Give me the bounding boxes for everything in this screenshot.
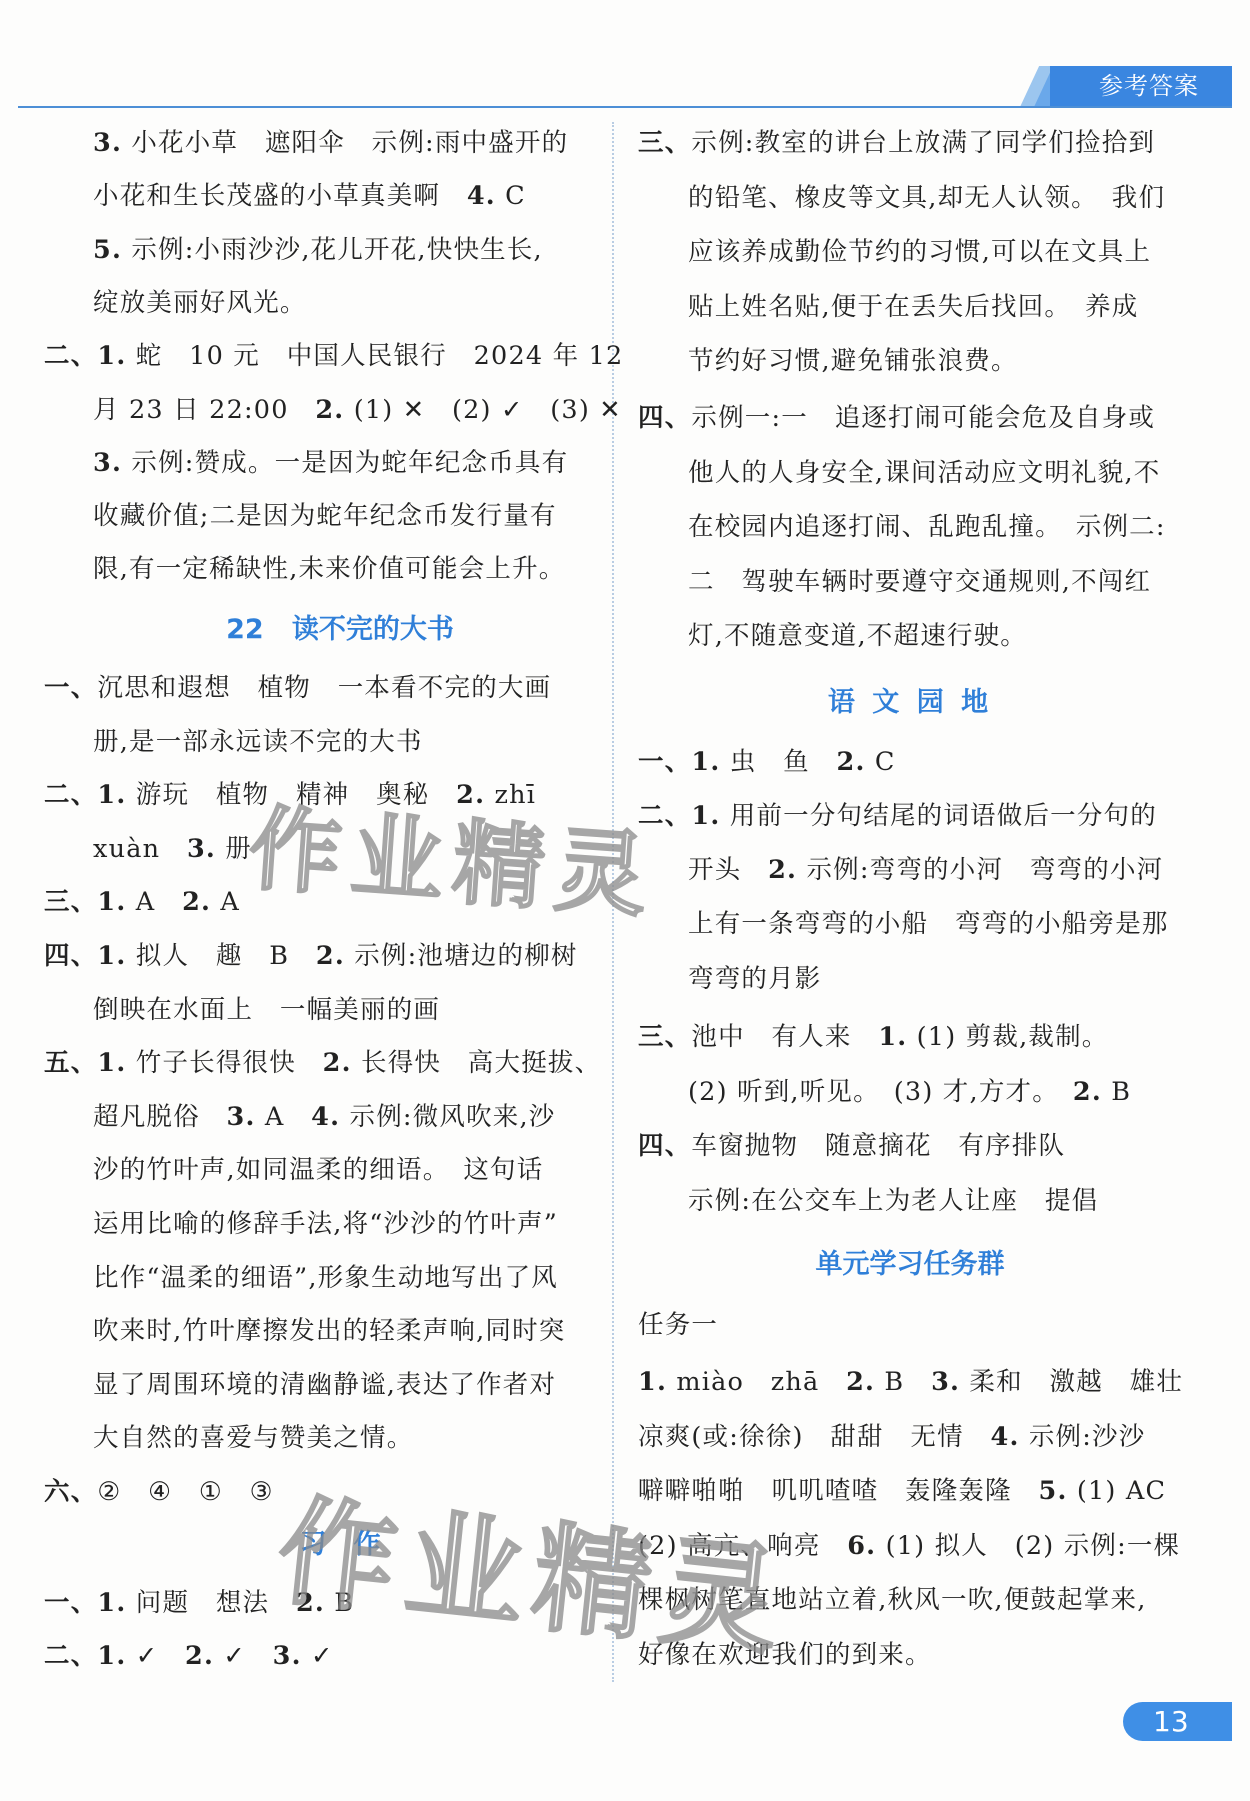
answer-text: 大自然的喜爱与赞美之情。 bbox=[93, 1423, 413, 1453]
answer-line: 1. miào zhā 2. B 3. 柔和 激越 雄壮 bbox=[638, 1367, 1183, 1397]
answer-text: 小花和生长茂盛的小草真美啊 bbox=[93, 181, 467, 211]
answer-text: 他人的人身安全,课间活动应文明礼貌,不 bbox=[688, 458, 1161, 488]
answer-text: A bbox=[256, 1102, 312, 1132]
answer-line: 五、1. 竹子长得很快 2. 长得快 高大挺拔、 bbox=[44, 1048, 601, 1078]
item-number: 1. bbox=[97, 941, 126, 971]
answer-text: B bbox=[875, 1367, 931, 1397]
item-number: 2. bbox=[1073, 1077, 1102, 1107]
item-number: 4. bbox=[991, 1422, 1020, 1452]
question-number: 一、 bbox=[44, 673, 97, 703]
answer-text: 用前一分句结尾的词语做后一分句的 bbox=[720, 801, 1157, 831]
answer-text: 示例:弯弯的小河 弯弯的小河 bbox=[797, 855, 1163, 885]
answer-line: 限,有一定稀缺性,未来价值可能会上升。 bbox=[93, 554, 566, 584]
answer-text: 开头 bbox=[688, 855, 768, 885]
answer-text: 册,是一部永远读不完的大书 bbox=[93, 727, 423, 757]
question-number: 三、 bbox=[638, 1022, 691, 1052]
answer-line: (2) 听到,听见。 (3) 才,方才。 2. B bbox=[688, 1077, 1131, 1107]
answer-text: 弯弯的月影 bbox=[688, 964, 822, 994]
answer-text: 虫 鱼 bbox=[720, 747, 836, 777]
answer-text: ✓ bbox=[126, 1641, 185, 1671]
answer-text: 月 23 日 22:00 bbox=[93, 395, 315, 425]
answer-line: 3. 小花小草 遮阳伞 示例:雨中盛开的 bbox=[93, 128, 568, 158]
item-number: 2. bbox=[315, 395, 344, 425]
item-number: 1. bbox=[691, 747, 720, 777]
answer-line: 运用比喻的修辞手法,将“沙沙的竹叶声” bbox=[93, 1209, 558, 1239]
item-number: 6. bbox=[847, 1531, 876, 1561]
answer-line: 月 23 日 22:00 2. (1) ✕ (2) ✓ (3) ✕ bbox=[93, 395, 622, 425]
item-number: 2. bbox=[456, 780, 485, 810]
answer-text: ✓ bbox=[302, 1641, 334, 1671]
answer-text: 示例:赞成。一是因为蛇年纪念币具有 bbox=[122, 448, 568, 478]
answer-text: 示例:小雨沙沙,花儿开花,快快生长, bbox=[122, 235, 543, 265]
item-number: 3. bbox=[93, 128, 122, 158]
answer-line: 三、池中 有人来 1. (1) 剪裁,裁制。 bbox=[638, 1022, 1108, 1052]
question-number: 二、 bbox=[44, 780, 97, 810]
answer-line: 应该养成勤俭节约的习惯,可以在文具上 bbox=[688, 237, 1151, 267]
answer-text: 比作“温柔的细语”,形象生动地写出了风 bbox=[93, 1263, 558, 1293]
answer-line: 二、1. 蛇 10 元 中国人民银行 2024 年 12 bbox=[44, 341, 623, 371]
item-number: 3. bbox=[93, 448, 122, 478]
answer-text: B bbox=[1102, 1077, 1131, 1107]
answer-text: miào zhā bbox=[667, 1367, 846, 1397]
item-number: 3. bbox=[273, 1641, 302, 1671]
answer-text: (1) 拟人 (2) 示例:一棵 bbox=[876, 1531, 1180, 1561]
item-number: 1. bbox=[97, 341, 126, 371]
question-number: 一、 bbox=[44, 1588, 97, 1618]
item-number: 3. bbox=[187, 834, 216, 864]
answer-text: A bbox=[211, 887, 240, 917]
answer-text: 吹来时,竹叶摩擦发出的轻柔声响,同时突 bbox=[93, 1316, 566, 1346]
section-title-xizuo: 习 作 bbox=[140, 1529, 540, 1561]
answer-text: 噼噼啪啪 叽叽喳喳 轰隆轰隆 bbox=[638, 1476, 1039, 1506]
answer-text: 绽放美丽好风光。 bbox=[93, 288, 307, 318]
question-number: 二、 bbox=[44, 1641, 97, 1671]
section-number: 22 bbox=[226, 614, 264, 645]
answer-line: 三、示例:教室的讲台上放满了同学们捡拾到 bbox=[638, 128, 1155, 158]
tab-label: 参考答案 bbox=[1078, 66, 1220, 107]
item-number: 4. bbox=[311, 1102, 340, 1132]
answer-text: 倒映在水面上 一幅美丽的画 bbox=[93, 995, 440, 1025]
answer-line: 示例:在公交车上为老人让座 提倡 bbox=[688, 1186, 1098, 1216]
question-number: 二、 bbox=[638, 801, 691, 831]
answer-line: (2) 高亢、响亮 6. (1) 拟人 (2) 示例:一棵 bbox=[638, 1531, 1180, 1561]
question-number: 四、 bbox=[638, 1131, 691, 1161]
answer-line: 贴上姓名贴,便于在丢失后找回。 养成 bbox=[688, 292, 1138, 322]
answer-text: 池中 有人来 bbox=[691, 1022, 878, 1052]
answer-text: 册 bbox=[216, 834, 252, 864]
question-number: 五、 bbox=[44, 1048, 97, 1078]
answer-line: 比作“温柔的细语”,形象生动地写出了风 bbox=[93, 1263, 558, 1293]
answer-text: 收藏价值;二是因为蛇年纪念币发行量有 bbox=[93, 501, 557, 531]
question-number: 一、 bbox=[638, 747, 691, 777]
answer-line: 二、1. 游玩 植物 精神 奥秘 2. zhī bbox=[44, 780, 536, 810]
answer-line: 一、沉思和遐想 植物 一本看不完的大画 bbox=[44, 673, 551, 703]
answer-line: 一、1. 问题 想法 2. B bbox=[44, 1588, 354, 1618]
answer-text: 拟人 趣 B bbox=[126, 941, 315, 971]
answer-line: 四、1. 拟人 趣 B 2. 示例:池塘边的柳树 bbox=[44, 941, 578, 971]
answer-text: 蛇 10 元 中国人民银行 2024 年 12 bbox=[126, 341, 623, 371]
answer-line: 二、1. ✓ 2. ✓ 3. ✓ bbox=[44, 1641, 334, 1671]
answer-line: 节约好习惯,避免铺张浪费。 bbox=[688, 346, 1018, 376]
answer-text: 二 驾驶车辆时要遵守交通规则,不闯红 bbox=[688, 567, 1151, 597]
answer-line: 3. 示例:赞成。一是因为蛇年纪念币具有 bbox=[93, 448, 568, 478]
answer-text: C bbox=[866, 747, 896, 777]
answer-text: 示例一:一 追逐打闹可能会危及自身或 bbox=[691, 403, 1155, 433]
answer-text: 灯,不随意变道,不超速行驶。 bbox=[688, 621, 1027, 651]
question-number: 二、 bbox=[44, 341, 97, 371]
question-number: 四、 bbox=[44, 941, 97, 971]
answer-line: 小花和生长茂盛的小草真美啊 4. C bbox=[93, 181, 526, 211]
answer-line: 倒映在水面上 一幅美丽的画 bbox=[93, 995, 440, 1025]
answer-text: 竹子长得很快 bbox=[126, 1048, 322, 1078]
item-number: 1. bbox=[97, 887, 126, 917]
answer-text: 示例:在公交车上为老人让座 提倡 bbox=[688, 1186, 1098, 1216]
item-number: 2. bbox=[323, 1048, 352, 1078]
item-number: 2. bbox=[296, 1588, 325, 1618]
answer-line: 收藏价值;二是因为蛇年纪念币发行量有 bbox=[93, 501, 557, 531]
answer-text: 长得快 高大挺拔、 bbox=[352, 1048, 602, 1078]
answer-text: (2) 听到,听见。 (3) 才,方才。 bbox=[688, 1077, 1073, 1107]
answer-text: 显了周围环境的清幽静谧,表达了作者对 bbox=[93, 1370, 556, 1400]
answer-line: 灯,不随意变道,不超速行驶。 bbox=[688, 621, 1027, 651]
answer-text: 示例:教室的讲台上放满了同学们捡拾到 bbox=[691, 128, 1155, 158]
section-title-text: 读不完的大书 bbox=[292, 614, 454, 645]
answer-line: 沙的竹叶声,如同温柔的细语。 这句话 bbox=[93, 1155, 543, 1185]
answer-line: 二、1. 用前一分句结尾的词语做后一分句的 bbox=[638, 801, 1157, 831]
header-rule bbox=[18, 106, 1232, 108]
answer-text: 好像在欢迎我们的到来。 bbox=[638, 1640, 932, 1670]
item-number: 1. bbox=[97, 1588, 126, 1618]
answer-text: 柔和 激越 雄壮 bbox=[960, 1367, 1183, 1397]
answer-line: xuàn 3. 册 bbox=[93, 834, 252, 864]
answer-text: (1) ✕ (2) ✓ (3) ✕ bbox=[344, 395, 621, 425]
answer-key-tab: 参考答案 bbox=[1020, 66, 1232, 107]
answer-line: 显了周围环境的清幽静谧,表达了作者对 bbox=[93, 1370, 556, 1400]
item-number: 1. bbox=[878, 1022, 907, 1052]
answer-text: 限,有一定稀缺性,未来价值可能会上升。 bbox=[93, 554, 566, 584]
answer-text: 节约好习惯,避免铺张浪费。 bbox=[688, 346, 1018, 376]
answer-line: 棵枫树笔直地站立着,秋风一吹,便鼓起掌来, bbox=[638, 1585, 1147, 1615]
item-number: 2. bbox=[316, 941, 345, 971]
item-number: 2. bbox=[182, 887, 211, 917]
answer-text: 贴上姓名贴,便于在丢失后找回。 养成 bbox=[688, 292, 1138, 322]
question-number: 三、 bbox=[44, 887, 97, 917]
item-number: 4. bbox=[467, 181, 496, 211]
answer-text: 运用比喻的修辞手法,将“沙沙的竹叶声” bbox=[93, 1209, 558, 1239]
task-one-label: 任务一 bbox=[638, 1310, 718, 1340]
item-number: 1. bbox=[691, 801, 720, 831]
answer-text: A bbox=[126, 887, 182, 917]
answer-line: 一、1. 虫 鱼 2. C bbox=[638, 747, 896, 777]
item-number: 5. bbox=[93, 235, 122, 265]
answer-text: 沉思和遐想 植物 一本看不完的大画 bbox=[97, 673, 551, 703]
item-number: 2. bbox=[768, 855, 797, 885]
answer-line: 四、车窗抛物 随意摘花 有序排队 bbox=[638, 1131, 1065, 1161]
section-title-22: 22 读不完的大书 bbox=[140, 614, 540, 646]
item-number: 1. bbox=[97, 1641, 126, 1671]
answer-text: ② ④ ① ③ bbox=[97, 1477, 273, 1507]
answer-text: B bbox=[325, 1588, 354, 1618]
section-title-yuwen: 语 文 园 地 bbox=[700, 687, 1120, 719]
answer-text: 凉爽(或:徐徐) 甜甜 无情 bbox=[638, 1422, 991, 1452]
answer-line: 大自然的喜爱与赞美之情。 bbox=[93, 1423, 413, 1453]
answer-line: 噼噼啪啪 叽叽喳喳 轰隆轰隆 5. (1) AC bbox=[638, 1476, 1166, 1506]
answer-line: 册,是一部永远读不完的大书 bbox=[93, 727, 423, 757]
item-number: 5. bbox=[1039, 1476, 1068, 1506]
item-number: 3. bbox=[931, 1367, 960, 1397]
answer-line: 二 驾驶车辆时要遵守交通规则,不闯红 bbox=[688, 567, 1151, 597]
answer-line: 六、② ④ ① ③ bbox=[44, 1477, 274, 1507]
answer-text: 车窗抛物 随意摘花 有序排队 bbox=[691, 1131, 1065, 1161]
answer-text: 示例:池塘边的柳树 bbox=[345, 941, 578, 971]
item-number: 1. bbox=[97, 780, 126, 810]
item-number: 2. bbox=[185, 1641, 214, 1671]
answer-line: 凉爽(或:徐徐) 甜甜 无情 4. 示例:沙沙 bbox=[638, 1422, 1145, 1452]
answer-line: 上有一条弯弯的小船 弯弯的小船旁是那 bbox=[688, 909, 1169, 939]
answer-line: 开头 2. 示例:弯弯的小河 弯弯的小河 bbox=[688, 855, 1163, 885]
answer-text: C bbox=[496, 181, 526, 211]
item-number: 1. bbox=[97, 1048, 126, 1078]
answer-text: 棵枫树笔直地站立着,秋风一吹,便鼓起掌来, bbox=[638, 1585, 1147, 1615]
item-number: 1. bbox=[638, 1367, 667, 1397]
question-number: 六、 bbox=[44, 1477, 97, 1507]
item-number: 2. bbox=[837, 747, 866, 777]
answer-text: ✓ bbox=[214, 1641, 273, 1671]
answer-line: 好像在欢迎我们的到来。 bbox=[638, 1640, 932, 1670]
answer-text: 示例:微风吹来,沙 bbox=[340, 1102, 555, 1132]
answer-line: 他人的人身安全,课间活动应文明礼貌,不 bbox=[688, 458, 1161, 488]
answer-text: 的铅笔、橡皮等文具,却无人认领。 我们 bbox=[688, 183, 1165, 213]
page-number-badge: 13 bbox=[1123, 1702, 1232, 1741]
question-number: 四、 bbox=[638, 403, 691, 433]
answer-line: 在校园内追逐打闹、乱跑乱撞。 示例二: bbox=[688, 512, 1166, 542]
answer-text: (1) 剪裁,裁制。 bbox=[907, 1022, 1108, 1052]
item-number: 3. bbox=[227, 1102, 256, 1132]
answer-line: 5. 示例:小雨沙沙,花儿开花,快快生长, bbox=[93, 235, 543, 265]
answer-text: (2) 高亢、响亮 bbox=[638, 1531, 847, 1561]
answer-text: 上有一条弯弯的小船 弯弯的小船旁是那 bbox=[688, 909, 1169, 939]
question-number: 三、 bbox=[638, 128, 691, 158]
answer-text: 在校园内追逐打闹、乱跑乱撞。 示例二: bbox=[688, 512, 1166, 542]
answer-text: 沙的竹叶声,如同温柔的细语。 这句话 bbox=[93, 1155, 543, 1185]
answer-text: xuàn bbox=[93, 834, 187, 864]
answer-line: 的铅笔、橡皮等文具,却无人认领。 我们 bbox=[688, 183, 1165, 213]
item-number: 2. bbox=[846, 1367, 875, 1397]
answer-text: (1) AC bbox=[1068, 1476, 1167, 1506]
answer-text: 示例:沙沙 bbox=[1020, 1422, 1146, 1452]
answer-text: zhī bbox=[485, 780, 536, 810]
answer-text: 问题 想法 bbox=[126, 1588, 296, 1618]
answer-text: 游玩 植物 精神 奥秘 bbox=[126, 780, 456, 810]
answer-text: 超凡脱俗 bbox=[93, 1102, 227, 1132]
answer-line: 吹来时,竹叶摩擦发出的轻柔声响,同时突 bbox=[93, 1316, 566, 1346]
section-title-unit: 单元学习任务群 bbox=[700, 1249, 1120, 1281]
answer-line: 绽放美丽好风光。 bbox=[93, 288, 307, 318]
answer-line: 四、示例一:一 追逐打闹可能会危及自身或 bbox=[638, 403, 1155, 433]
answer-line: 三、1. A 2. A bbox=[44, 887, 240, 917]
answer-text: 应该养成勤俭节约的习惯,可以在文具上 bbox=[688, 237, 1151, 267]
answer-line: 弯弯的月影 bbox=[688, 964, 822, 994]
answer-text: 小花小草 遮阳伞 示例:雨中盛开的 bbox=[122, 128, 568, 158]
answer-line: 超凡脱俗 3. A 4. 示例:微风吹来,沙 bbox=[93, 1102, 556, 1132]
